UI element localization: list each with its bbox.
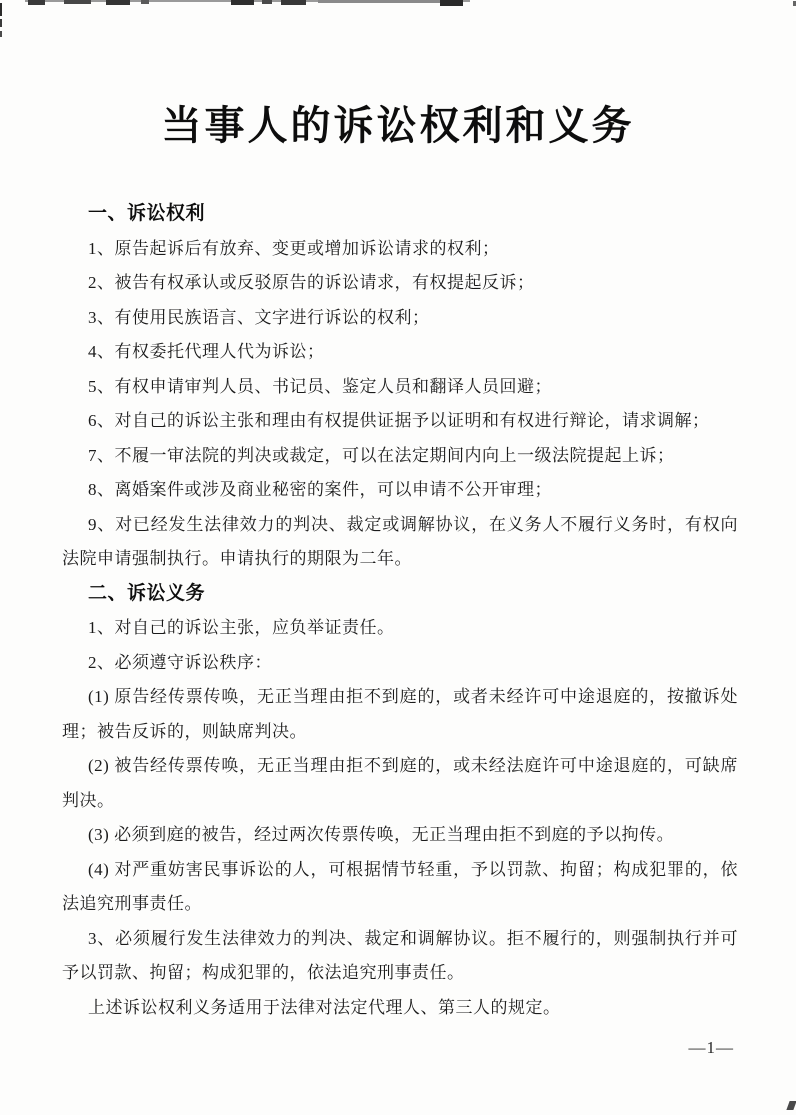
- document-title: 当事人的诉讼权利和义务: [0, 0, 796, 151]
- rights-item-3: 3、有使用民族语言、文字进行诉讼的权利；: [62, 301, 738, 336]
- scan-artifact: [281, 0, 306, 5]
- scan-artifact: [786, 1101, 796, 1110]
- obligations-item-2-sub-1: (1) 原告经传票传唤，无正当理由拒不到庭的，或者未经许可中途退庭的，按撤诉处理…: [62, 680, 738, 749]
- scan-artifact: [0, 31, 2, 37]
- rights-item-4: 4、有权委托代理人代为诉讼；: [62, 335, 738, 370]
- scan-artifact: [106, 0, 130, 5]
- closing-note: 上述诉讼权利义务适用于法律对法定代理人、第三人的规定。: [62, 991, 738, 1026]
- page-number: —1—: [689, 1038, 735, 1058]
- document-page: 当事人的诉讼权利和义务 一、诉讼权利 1、原告起诉后有放弃、变更或增加诉讼请求的…: [0, 0, 796, 1115]
- scan-artifact: [440, 0, 463, 6]
- scan-artifact: [0, 3, 2, 16]
- section-heading-obligations: 二、诉讼义务: [62, 577, 738, 612]
- rights-item-6: 6、对自己的诉讼主张和理由有权提供证据予以证明和有权进行辩论，请求调解；: [62, 404, 738, 439]
- rights-item-7: 7、不履一审法院的判决或裁定，可以在法定期间内向上一级法院提起上诉；: [62, 439, 738, 474]
- scan-artifact: [141, 0, 149, 4]
- scan-artifact: [0, 19, 2, 27]
- document-body: 一、诉讼权利 1、原告起诉后有放弃、变更或增加诉讼请求的权利； 2、被告有权承认…: [62, 197, 738, 1025]
- rights-item-8: 8、离婚案件或涉及商业秘密的案件，可以申请不公开审理；: [62, 473, 738, 508]
- rights-item-5: 5、有权申请审判人员、书记员、鉴定人员和翻译人员回避；: [62, 370, 738, 405]
- obligations-item-2: 2、必须遵守诉讼秩序：: [62, 646, 738, 681]
- rights-item-9: 9、对已经发生法律效力的判决、裁定或调解协议，在义务人不履行义务时，有权向法院申…: [62, 508, 738, 577]
- scan-artifact: [64, 0, 91, 4]
- scan-artifact: [231, 0, 254, 5]
- obligations-item-2-sub-4: (4) 对严重妨害民事诉讼的人，可根据情节轻重，予以罚款、拘留；构成犯罪的，依法…: [62, 853, 738, 922]
- scan-artifact: [318, 0, 446, 3]
- rights-item-2: 2、被告有权承认或反驳原告的诉讼请求，有权提起反诉；: [62, 266, 738, 301]
- obligations-item-3: 3、必须履行发生法律效力的判决、裁定和调解协议。拒不履行的，则强制执行并可予以罚…: [62, 922, 738, 991]
- rights-item-1: 1、原告起诉后有放弃、变更或增加诉讼请求的权利；: [62, 232, 738, 267]
- obligations-item-1: 1、对自己的诉讼主张，应负举证责任。: [62, 611, 738, 646]
- section-heading-rights: 一、诉讼权利: [62, 197, 738, 232]
- scan-artifact: [262, 0, 272, 4]
- obligations-item-2-sub-3: (3) 必须到庭的被告，经过两次传票传唤，无正当理由拒不到庭的予以拘传。: [62, 818, 738, 853]
- scan-artifact: [28, 0, 45, 5]
- obligations-item-2-sub-2: (2) 被告经传票传唤，无正当理由拒不到庭的，或未经法庭许可中途退庭的，可缺席判…: [62, 749, 738, 818]
